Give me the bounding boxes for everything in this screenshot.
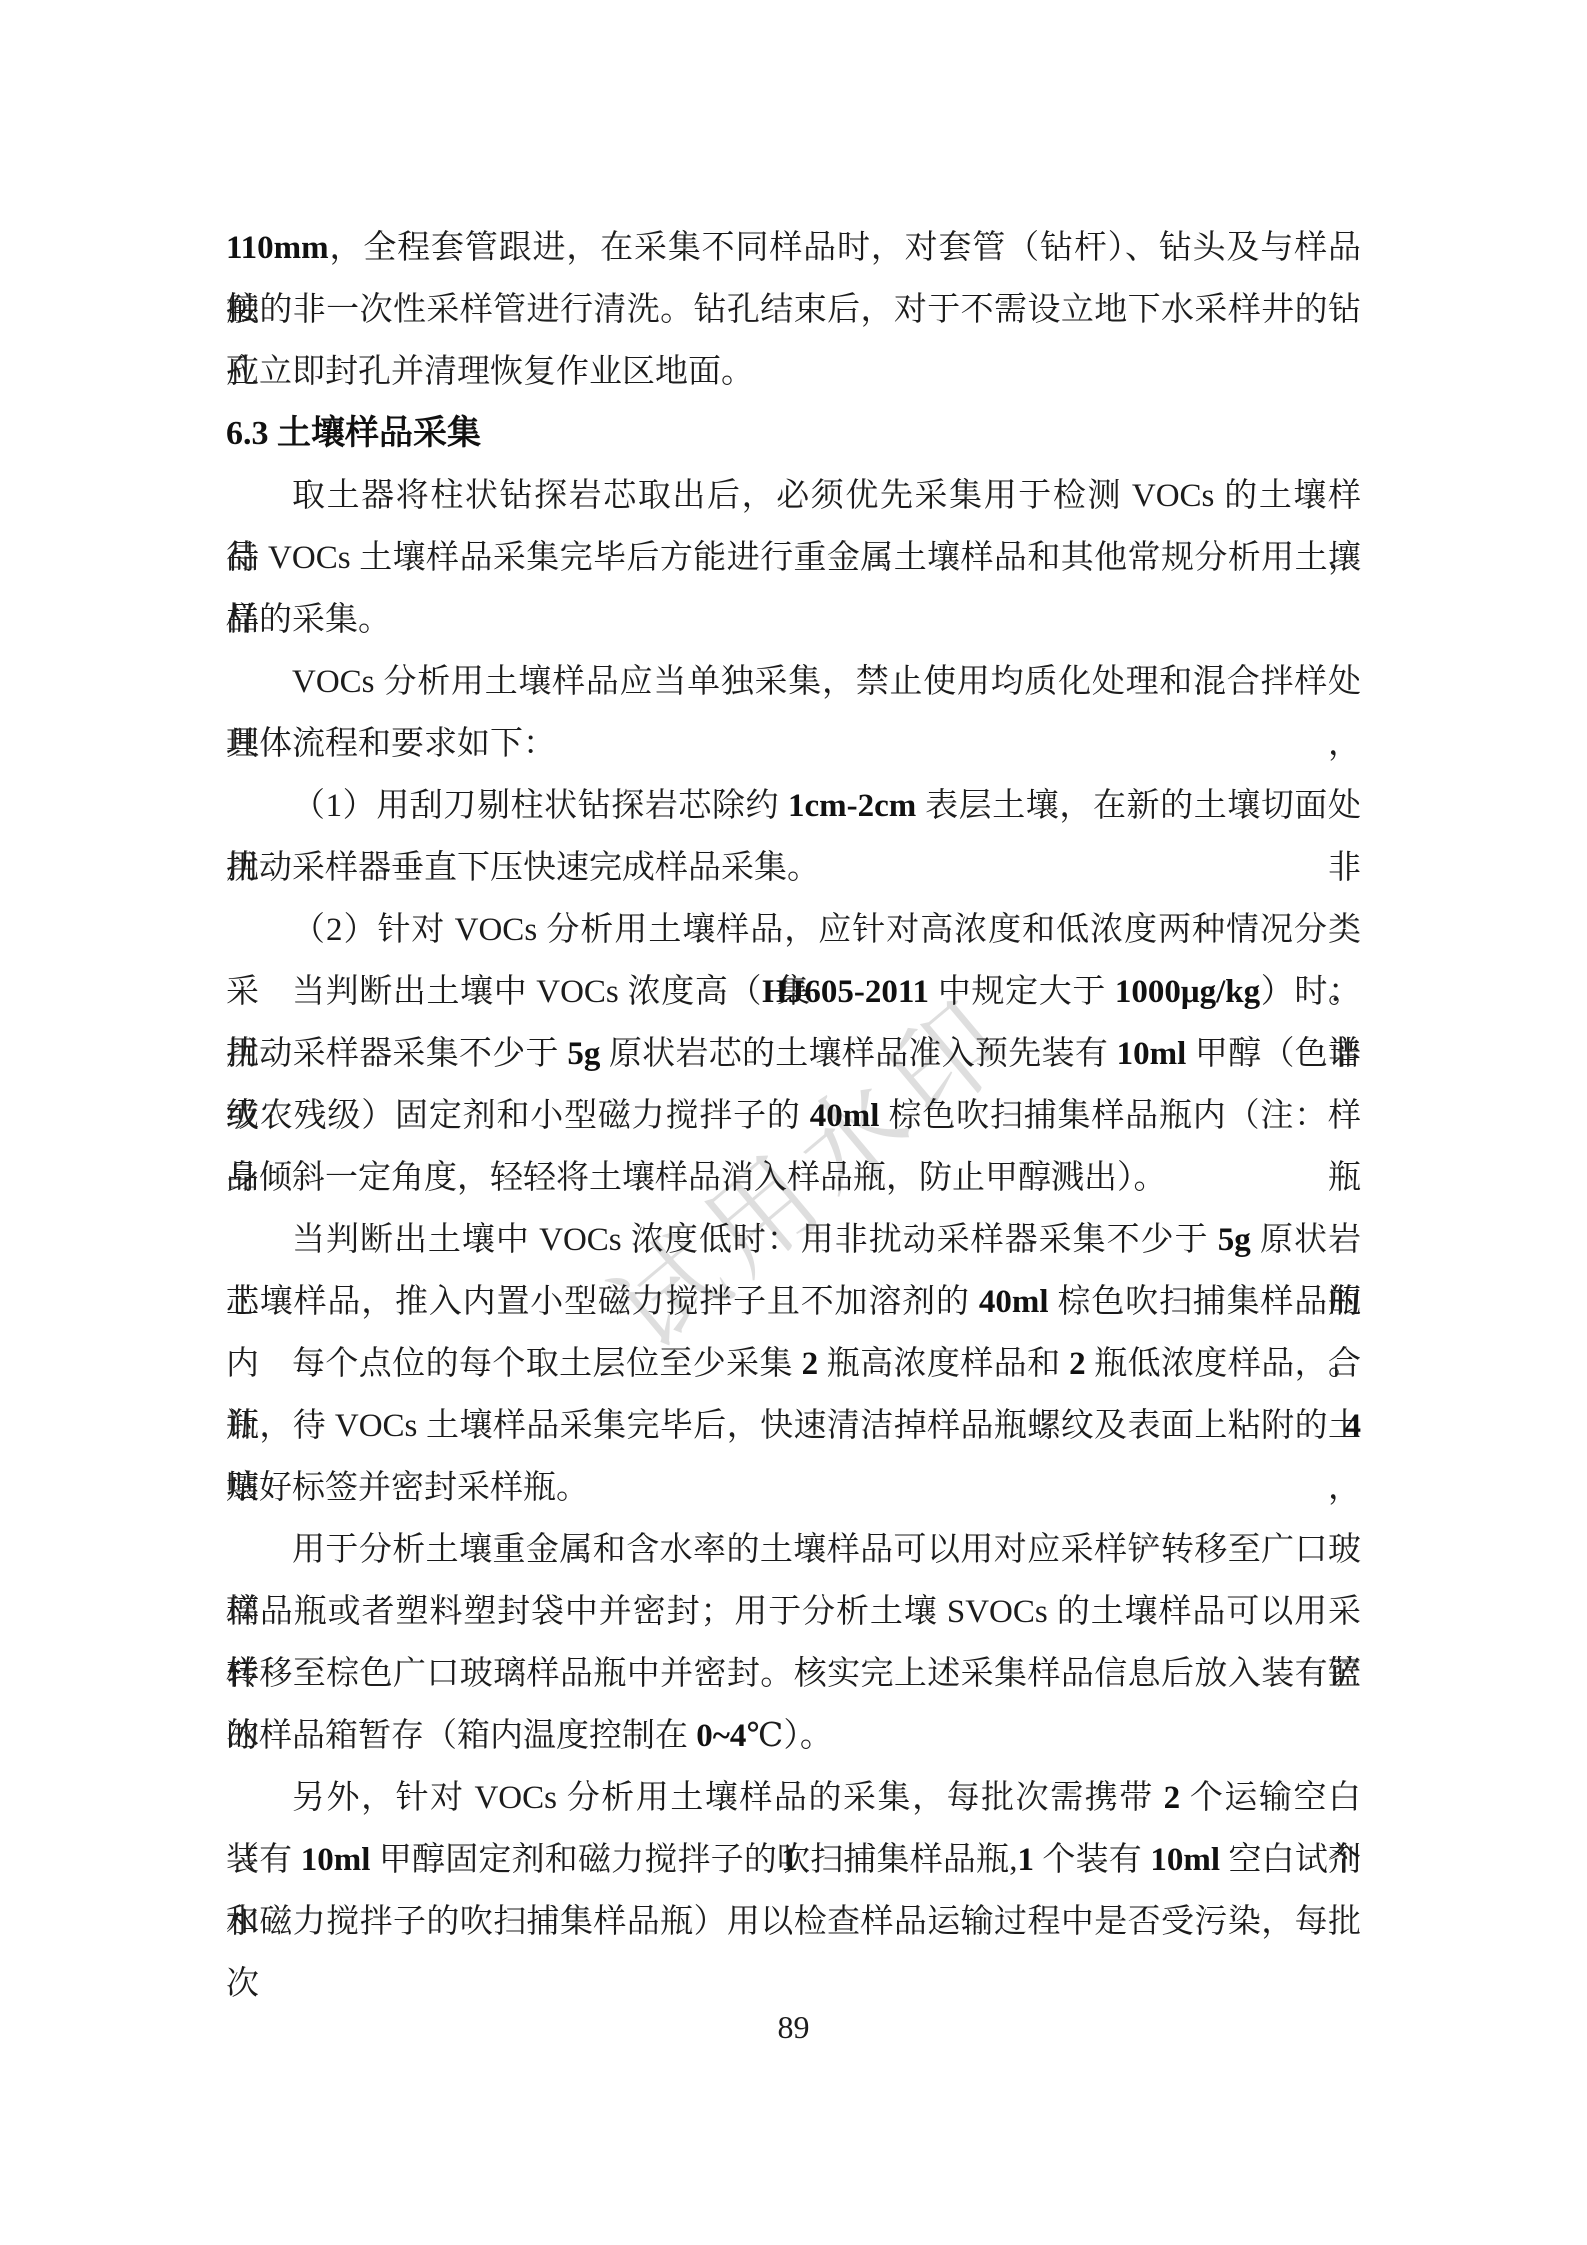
text-line: 用于分析土壤重金属和含水率的土壤样品可以用对应采样铲转移至广口玻璃 xyxy=(226,1519,1361,1581)
text-line: 品的采集。 xyxy=(226,589,1361,651)
text-line: 每个点位的每个取土层位至少采集 2 瓶高浓度样品和 2 瓶低浓度样品，合计 4 xyxy=(226,1333,1361,1395)
text-line: 或农残级）固定剂和小型磁力搅拌子的 40ml 棕色吹扫捕集样品瓶内（注：样品瓶 xyxy=(226,1085,1361,1147)
section-heading: 6.3 土壤样品采集 xyxy=(226,403,1361,465)
text-line: 取土器将柱状钻探岩芯取出后，必须优先采集用于检测 VOCs 的土壤样品， xyxy=(226,465,1361,527)
text-segment: 甲醇固定剂和磁力搅拌子的吹扫捕集样品瓶, xyxy=(370,1842,1017,1878)
text-line: 待 VOCs 土壤样品采集完毕后方能进行重金属土壤样品和其他常规分析用土壤样 xyxy=(226,527,1361,589)
text-segment: 土壤样品，推入内置小型磁力搅拌子且不加溶剂的 xyxy=(226,1284,979,1320)
bold-text-segment: 6.3 土壤样品采集 xyxy=(226,415,481,452)
text-segment: 个装有 xyxy=(1034,1842,1150,1878)
text-line: 当判断出土壤中 VOCs 浓度高（HJ605-2011 中规定大于 1000μg… xyxy=(226,961,1361,1023)
bold-text-segment: 0~4 xyxy=(696,1718,746,1754)
text-line: 当判断出土壤中 VOCs 浓度低时：用非扰动采样器采集不少于 5g 原状岩芯的 xyxy=(226,1209,1361,1271)
text-segment: 中规定大于 xyxy=(929,974,1115,1010)
text-segment: 和磁力搅拌子的吹扫捕集样品瓶）用以检查样品运输过程中是否受污染，每批次 xyxy=(226,1904,1361,2002)
text-line: 转移至棕色广口玻璃样品瓶中并密封。核实完上述采集样品信息后放入装有蓝冰 xyxy=(226,1643,1361,1705)
text-segment: 当判断出土壤中 VOCs 浓度高（ xyxy=(292,974,762,1010)
bold-text-segment: 110mm xyxy=(226,230,329,266)
text-line: 的样品箱暂存（箱内温度控制在 0~4℃）。 xyxy=(226,1705,1361,1767)
bold-text-segment: 2 xyxy=(802,1346,819,1382)
bold-text-segment: 5g xyxy=(1218,1222,1251,1258)
bold-text-segment: 10ml xyxy=(1150,1842,1220,1878)
text-line: 应立即封孔并清理恢复作业区地面。 xyxy=(226,341,1361,403)
page-number: 89 xyxy=(0,1996,1587,2058)
bold-text-segment: 1000μg/kg xyxy=(1115,974,1260,1010)
text-line: 样品瓶或者塑料塑封袋中并密封；用于分析土壤 SVOCs 的土壤样品可以用采样铲 xyxy=(226,1581,1361,1643)
text-line: 触的非一次性采样管进行清洗。钻孔结束后，对于不需设立地下水采样井的钻孔 xyxy=(226,279,1361,341)
text-segment: 应立即封孔并清理恢复作业区地面。 xyxy=(226,354,754,390)
text-line: VOCs 分析用土壤样品应当单独采集，禁止使用均质化处理和混合拌样处理， xyxy=(226,651,1361,713)
bold-text-segment: 2 xyxy=(1164,1780,1181,1816)
bold-text-segment: 40ml xyxy=(810,1098,880,1134)
text-line: 扰动采样器采集不少于 5g 原状岩芯的土壤样品准入预先装有 10ml 甲醇（色谱… xyxy=(226,1023,1361,1085)
text-segment: 原状岩芯的土壤样品准入预先装有 xyxy=(600,1036,1116,1072)
bold-text-segment: 5g xyxy=(567,1036,600,1072)
text-segment: 或农残级）固定剂和小型磁力搅拌子的 xyxy=(226,1098,810,1134)
bold-text-segment: 1 xyxy=(1018,1842,1035,1878)
bold-text-segment: 1cm-2cm xyxy=(788,788,916,824)
bold-text-segment: 10ml xyxy=(1117,1036,1187,1072)
document-page: 试用水印 110mm，全程套管跟进，在采集不同样品时，对套管（钻杆）、钻头及与样… xyxy=(0,0,1587,2245)
bold-text-segment: HJ605-2011 xyxy=(762,974,929,1010)
bold-text-segment: 2 xyxy=(1069,1346,1086,1382)
text-segment: 当判断出土壤中 VOCs 浓度低时：用非扰动采样器采集不少于 xyxy=(292,1222,1218,1258)
text-segment: 品的采集。 xyxy=(226,602,391,638)
text-line: 瓶，待 VOCs 土壤样品采集完毕后，快速清洁掉样品瓶螺纹及表面上粘附的土壤， xyxy=(226,1395,1361,1457)
text-segment: 瓶高浓度样品和 xyxy=(818,1346,1069,1382)
text-line: 和磁力搅拌子的吹扫捕集样品瓶）用以检查样品运输过程中是否受污染，每批次 xyxy=(226,1891,1361,1953)
text-segment: （1）用刮刀剔柱状钻探岩芯除约 xyxy=(292,788,788,824)
text-line: 土壤样品，推入内置小型磁力搅拌子且不加溶剂的 40ml 棕色吹扫捕集样品瓶内。 xyxy=(226,1271,1361,1333)
text-content: 110mm，全程套管跟进，在采集不同样品时，对套管（钻杆）、钻头及与样品接触的非… xyxy=(226,217,1361,1953)
bold-text-segment: 40ml xyxy=(979,1284,1049,1320)
text-line: （1）用刮刀剔柱状钻探岩芯除约 1cm-2cm 表层土壤，在新的土壤切面处用非 xyxy=(226,775,1361,837)
text-segment: 每个点位的每个取土层位至少采集 xyxy=(292,1346,802,1382)
text-segment: ℃）。 xyxy=(746,1718,832,1754)
text-line: 110mm，全程套管跟进，在采集不同样品时，对套管（钻杆）、钻头及与样品接 xyxy=(226,217,1361,279)
text-segment: 贴好标签并密封采样瓶。 xyxy=(226,1470,589,1506)
text-segment: 装有 xyxy=(226,1842,301,1878)
text-segment: 扰动采样器垂直下压快速完成样品采集。 xyxy=(226,850,820,886)
text-segment: 的样品箱暂存（箱内温度控制在 xyxy=(226,1718,696,1754)
bold-text-segment: 10ml xyxy=(301,1842,371,1878)
text-segment: 身倾斜一定角度，轻轻将土壤样品消入样品瓶，防止甲醇溅出）。 xyxy=(226,1160,1167,1196)
text-line: 装有 10ml 甲醇固定剂和磁力搅拌子的吹扫捕集样品瓶,1 个装有 10ml 空… xyxy=(226,1829,1361,1891)
text-line: 另外，针对 VOCs 分析用土壤样品的采集，每批次需携带 2 个运输空白（1 个 xyxy=(226,1767,1361,1829)
text-line: （2）针对 VOCs 分析用土壤样品，应针对高浓度和低浓度两种情况分类采集。 xyxy=(226,899,1361,961)
text-segment: 另外，针对 VOCs 分析用土壤样品的采集，每批次需携带 xyxy=(292,1780,1164,1816)
text-segment: 扰动采样器采集不少于 xyxy=(226,1036,567,1072)
text-segment: 具体流程和要求如下： xyxy=(226,726,556,762)
